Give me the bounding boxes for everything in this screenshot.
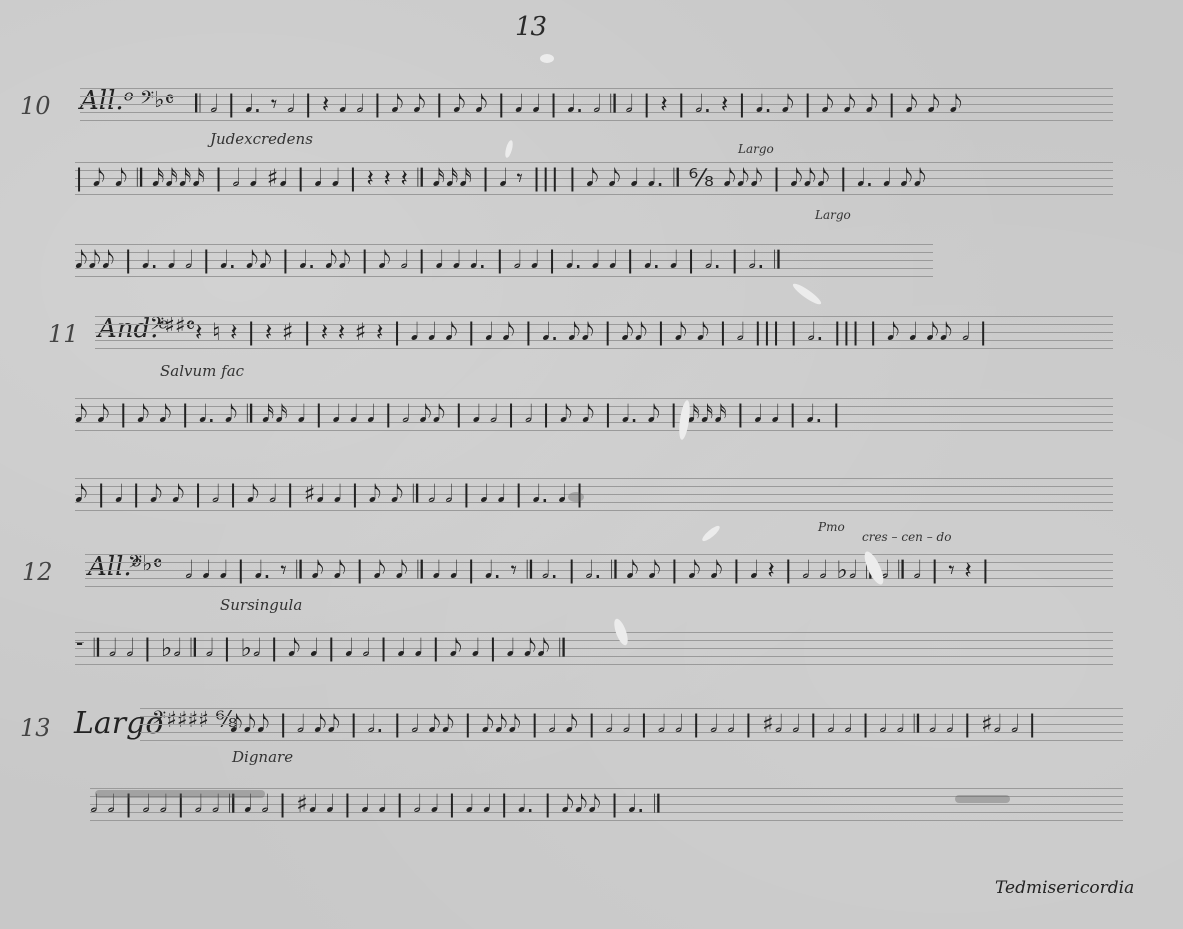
notes: 𝄃 𝅗𝅥 | 𝅘𝅥. 𝄾 𝅗𝅥 | 𝄽 𝅘𝅥 𝅗𝅥 | 𝅘𝅥𝅮 𝅘𝅥𝅮 | 𝅘𝅥… <box>195 74 1113 134</box>
staff-11-2: 𝅘𝅥𝅮 𝅘𝅥𝅮 | 𝅘𝅥𝅮 𝅘𝅥𝅮 | 𝅘𝅥. 𝅘𝅥𝅮 𝄂 𝅘𝅥𝅯𝅘𝅥𝅯 𝅘𝅥 … <box>75 398 1113 430</box>
notes: 𝅘𝅥𝅮 | 𝅘𝅥 | 𝅘𝅥𝅮 𝅘𝅥𝅮 | 𝅗𝅥 | 𝅘𝅥𝅮 𝅗𝅥 | ♯𝅘𝅥 𝅘… <box>75 464 593 524</box>
staff-13-1: 𝅘𝅥𝅮𝅘𝅥𝅮𝅘𝅥𝅮 | 𝅗𝅥 𝅘𝅥𝅮𝅘𝅥𝅮 | 𝅗𝅥. | 𝅗𝅥 𝅘𝅥𝅮𝅘𝅥𝅮 … <box>140 708 1123 740</box>
staff-11-3: 𝅘𝅥𝅮 | 𝅘𝅥 | 𝅘𝅥𝅮 𝅘𝅥𝅮 | 𝅗𝅥 | 𝅘𝅥𝅮 𝅗𝅥 | ♯𝅘𝅥 𝅘… <box>75 478 1113 510</box>
lyric-10: Judexcredens <box>210 130 313 148</box>
notes: 𝅗𝅥 𝅘𝅥 𝅘𝅥 | 𝅘𝅥. 𝄾 𝄂 𝅘𝅥𝅮 𝅘𝅥𝅮 | 𝅘𝅥𝅮 𝅘𝅥𝅮 𝄂 𝅘… <box>185 540 1113 600</box>
notes: 𝅘𝅥𝅮𝅘𝅥𝅮𝅘𝅥𝅮 | 𝅘𝅥. 𝅘𝅥 𝅗𝅥 | 𝅘𝅥. 𝅘𝅥𝅮𝅘𝅥𝅮 | 𝅘𝅥.… <box>75 230 933 290</box>
annotation-pmo: Pmo <box>818 520 845 534</box>
notes: 𝅘𝅥𝅮𝅘𝅥𝅮𝅘𝅥𝅮 | 𝅗𝅥 𝅘𝅥𝅮𝅘𝅥𝅮 | 𝅗𝅥. | 𝅗𝅥 𝅘𝅥𝅮𝅘𝅥𝅮 … <box>230 694 1123 754</box>
staff-12-1: 𝅗𝅥 𝅘𝅥 𝅘𝅥 | 𝅘𝅥. 𝄾 𝄂 𝅘𝅥𝅮 𝅘𝅥𝅮 | 𝅘𝅥𝅮 𝅘𝅥𝅮 𝄂 𝅘… <box>85 554 1113 586</box>
manuscript-page: 13 10 All.ᵒ 𝄢♭𝄴 𝄃 𝅗𝅥 | 𝅘𝅥. 𝄾 𝅗𝅥 | 𝄽 𝅘𝅥 𝅗… <box>0 0 1183 929</box>
annotation-largo-2: Largo <box>815 208 851 222</box>
staff-11-1: 𝄽 ♮ 𝄽 | 𝄽 ♯ | 𝄽 𝄽 ♯ 𝄽 | 𝅘𝅥 𝅘𝅥 𝅘𝅥𝅮 | 𝅘𝅥 𝅘… <box>95 316 1113 348</box>
lyric-13: Dignare <box>232 748 293 766</box>
ink-smudge <box>955 795 1010 803</box>
notes: 𝅗𝅥 𝅗𝅥 | 𝅗𝅥 𝅗𝅥 | 𝅗𝅥 𝅗𝅥 𝄂 𝅘𝅥 𝅗𝅥 | ♯𝅘𝅥 𝅘𝅥 |… <box>90 774 703 834</box>
piece-number-12: 12 <box>22 558 53 586</box>
ink-smudge <box>95 790 265 798</box>
ink-smudge <box>568 492 584 502</box>
piece-number-13: 13 <box>20 714 51 742</box>
notes: 𝄽 ♮ 𝄽 | 𝄽 ♯ | 𝄽 𝄽 ♯ 𝄽 | 𝅘𝅥 𝅘𝅥 𝅘𝅥𝅮 | 𝅘𝅥 𝅘… <box>195 302 1113 362</box>
notes: 𝅘𝅥𝅮 𝅘𝅥𝅮 | 𝅘𝅥𝅮 𝅘𝅥𝅮 | 𝅘𝅥. 𝅘𝅥𝅮 𝄂 𝅘𝅥𝅯𝅘𝅥𝅯 𝅘𝅥 … <box>75 384 1113 444</box>
staff-10-1: 𝄃 𝅗𝅥 | 𝅘𝅥. 𝄾 𝅗𝅥 | 𝄽 𝅘𝅥 𝅗𝅥 | 𝅘𝅥𝅮 𝅘𝅥𝅮 | 𝅘𝅥… <box>80 88 1113 120</box>
signature: Tedmisericordia <box>995 878 1134 898</box>
staff-10-2: | 𝅘𝅥𝅮 𝅘𝅥𝅮 𝄂 𝅘𝅥𝅯𝅘𝅥𝅯𝅘𝅥𝅯𝅘𝅥𝅯 | 𝅗𝅥 𝅘𝅥 ♯𝅘𝅥 | 𝅘… <box>75 162 1113 194</box>
piece-number-11: 11 <box>48 320 79 348</box>
lyric-12: Sursingula <box>220 596 302 614</box>
annotation-crescendo: cres – cen – do <box>862 530 951 544</box>
staff-12-2: 𝄻 𝄂 𝅗𝅥 𝅗𝅥 | ♭𝅗𝅥 𝄂 𝅗𝅥 | ♭𝅗𝅥 | 𝅘𝅥𝅮 𝅘𝅥 | 𝅘𝅥… <box>75 632 1113 664</box>
notes: | 𝅘𝅥𝅮 𝅘𝅥𝅮 𝄂 𝅘𝅥𝅯𝅘𝅥𝅯𝅘𝅥𝅯𝅘𝅥𝅯 | 𝅗𝅥 𝅘𝅥 ♯𝅘𝅥 | 𝅘… <box>75 148 1113 208</box>
paper-blot <box>540 54 554 63</box>
lyric-11: Salvum fac <box>160 362 244 380</box>
piece-number-10: 10 <box>20 92 51 120</box>
page-number: 13 <box>515 12 546 42</box>
notes: 𝄻 𝄂 𝅗𝅥 𝅗𝅥 | ♭𝅗𝅥 𝄂 𝅗𝅥 | ♭𝅗𝅥 | 𝅘𝅥𝅮 𝅘𝅥 | 𝅘𝅥… <box>75 618 653 678</box>
staff-10-3: 𝅘𝅥𝅮𝅘𝅥𝅮𝅘𝅥𝅮 | 𝅘𝅥. 𝅘𝅥 𝅗𝅥 | 𝅘𝅥. 𝅘𝅥𝅮𝅘𝅥𝅮 | 𝅘𝅥.… <box>75 244 933 276</box>
